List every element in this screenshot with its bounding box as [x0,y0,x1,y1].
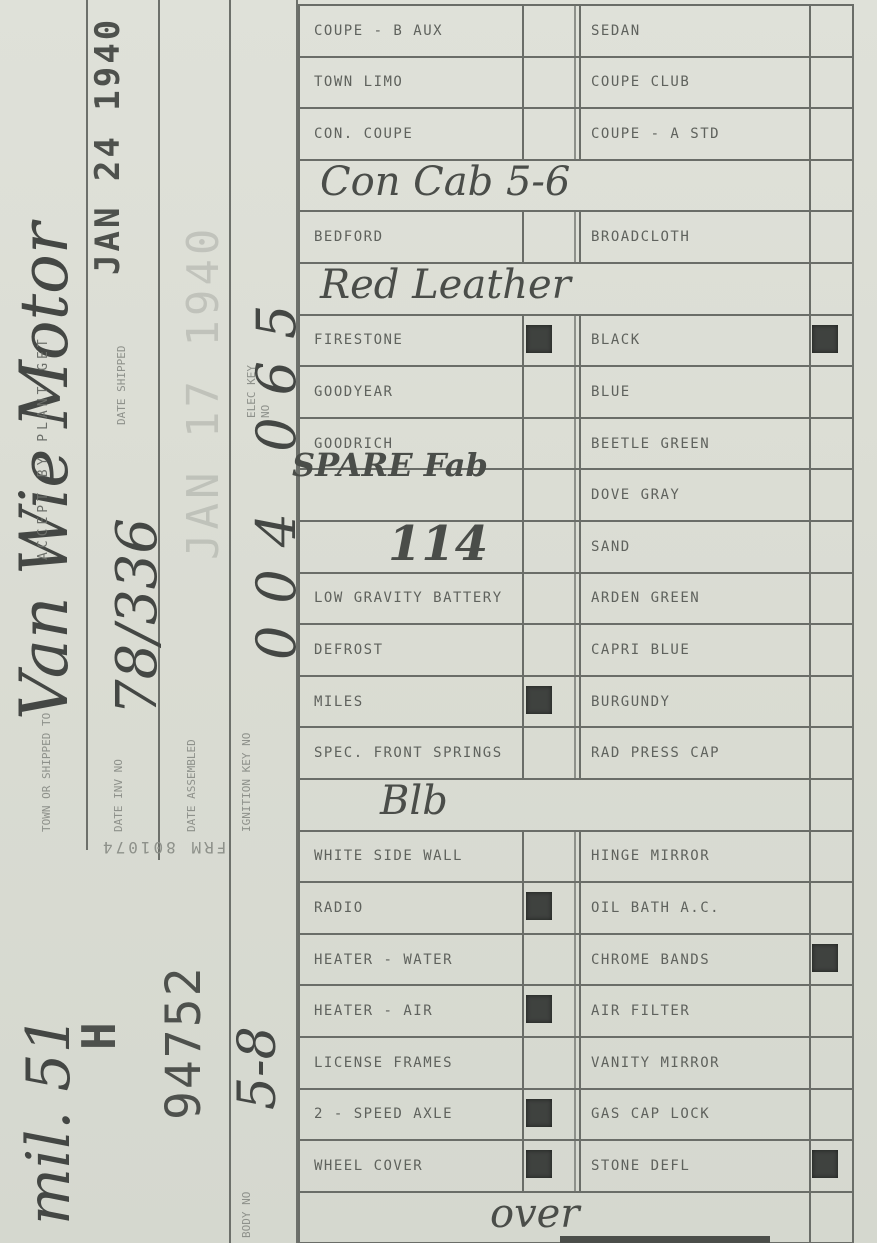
option-label-left: 2 - SPEED AXLE [298,1090,522,1140]
checkbox-right[interactable] [809,58,854,108]
checkbox-right[interactable] [809,367,854,417]
checklist-row: CON. COUPECOUPE - A STD [298,107,854,159]
option-label-left: HEATER - AIR [298,986,522,1036]
option-label-left: FIRESTONE [298,316,522,366]
checkbox-right[interactable] [809,832,854,882]
checklist-row: WHITE SIDE WALLHINGE MIRROR [298,830,854,882]
checkbox-right[interactable] [809,1193,854,1243]
checkbox-left[interactable] [522,212,579,262]
option-label-left: DEFROST [298,625,522,675]
date-shipped-label: DATE SHIPPED [115,335,129,425]
checklist-row: Red Leather [298,262,854,314]
checkbox-right[interactable] [809,677,854,727]
check-mark-icon [812,1150,838,1178]
option-label-left: SPEC. FRONT SPRINGS [298,728,522,778]
checkbox-left[interactable] [522,574,579,624]
checkbox-right[interactable] [809,780,854,830]
checkbox-left[interactable] [522,728,579,778]
option-label-right: BLUE [579,367,809,417]
checklist-row: Con Cab 5-6 [298,159,854,211]
checkbox-right[interactable] [809,212,854,262]
checkbox-right[interactable] [809,986,854,1036]
checklist-row: Blb [298,778,854,830]
paint-handwritten: 5-8 [228,1026,288,1110]
checklist-row: COUPE - B AUXSEDAN [298,4,854,56]
option-label-left: LOW GRAVITY BATTERY [298,574,522,624]
handwritten-entry: over [490,1191,579,1237]
check-mark-icon [526,686,552,714]
dealer-label: ACCEPT BY PLANT GET [36,335,51,560]
checkbox-left[interactable] [522,6,579,56]
check-mark-icon [812,325,838,353]
checkbox-left[interactable] [522,1038,579,1088]
option-label-right: OIL BATH A.C. [579,883,809,933]
checkbox-left[interactable] [522,109,579,159]
checklist-row: WHEEL COVERSTONE DEFL [298,1139,854,1191]
checklist-row: LOW GRAVITY BATTERYARDEN GREEN [298,572,854,624]
option-label-left: RADIO [298,883,522,933]
body-no-label: BODY NO [240,1188,254,1238]
handwritten-field: over [298,1193,809,1243]
checkbox-left[interactable] [522,832,579,882]
option-label-left: WHEEL COVER [298,1141,522,1191]
checklist-row: GOODYEARBLUE [298,365,854,417]
checklist-row: 2 - SPEED AXLEGAS CAP LOCK [298,1088,854,1140]
option-label-left: GOODYEAR [298,367,522,417]
option-label-left: MILES [298,677,522,727]
option-label-left: BEDFORD [298,212,522,262]
option-label-right: AIR FILTER [579,986,809,1036]
card-tab [560,1236,770,1243]
check-mark-icon [526,1150,552,1178]
checkbox-right[interactable] [809,109,854,159]
checklist-row: DOVE GRAYSPARE Fab [298,468,854,520]
checkbox-right[interactable] [809,264,854,314]
option-label-right: BLACK [579,316,809,366]
checkbox-left[interactable] [522,625,579,675]
option-label-left: LICENSE FRAMES [298,1038,522,1088]
option-label-left: HEATER - WATER [298,935,522,985]
checklist-row: MILESBURGUNDY [298,675,854,727]
option-label-right: HINGE MIRROR [579,832,809,882]
ignition-key-label: IGNITION KEY NO [240,732,254,832]
option-label-left: CON. COUPE [298,109,522,159]
checklist-row: over [298,1191,854,1243]
option-label-right: CAPRI BLUE [579,625,809,675]
checkbox-left[interactable] [522,522,579,572]
option-label-right: GAS CAP LOCK [579,1090,809,1140]
checklist-row: TOWN LIMOCOUPE CLUB [298,56,854,108]
handwritten-overwrite: SPARE Fab [292,446,488,484]
checkbox-right[interactable] [809,6,854,56]
option-label-right: SAND [579,522,809,572]
option-label-right: COUPE - A STD [579,109,809,159]
checklist-row: FIRESTONEBLACK [298,314,854,366]
serial-number: 94752 [156,966,212,1121]
option-label-right: BEETLE GREEN [579,419,809,469]
option-label-right: SEDAN [579,6,809,56]
checkbox-right[interactable] [809,522,854,572]
faint-date-stamp: JAN 17 1940 [178,225,229,560]
checklist-row: LICENSE FRAMESVANITY MIRROR [298,1036,854,1088]
check-mark-icon [526,892,552,920]
stub-rule-2 [158,0,160,860]
checklist-row: SPEC. FRONT SPRINGSRAD PRESS CAP [298,726,854,778]
check-mark-icon [812,944,838,972]
handwritten-overwrite: 114 [388,516,488,572]
option-label-right: CHROME BANDS [579,935,809,985]
checkbox-left[interactable] [522,419,579,469]
checkbox-left[interactable] [522,58,579,108]
check-mark-icon [526,1099,552,1127]
bottom-handwritten: mil. 51 [14,1015,84,1225]
option-label-left: TOWN LIMO [298,58,522,108]
option-label-left: WHITE SIDE WALL [298,832,522,882]
form-number: FRM 801074 [100,838,226,857]
option-label-right: RAD PRESS CAP [579,728,809,778]
checklist-row: HEATER - WATERCHROME BANDS [298,933,854,985]
checklist-row: BEDFORDBROADCLOTH [298,210,854,262]
checkbox-right[interactable] [809,1038,854,1088]
checkbox-right[interactable] [809,161,854,211]
checkbox-right[interactable] [809,419,854,469]
car-number-handwritten: 78/336 [105,518,170,715]
checkbox-left[interactable] [522,935,579,985]
option-label-right: DOVE GRAY [579,470,809,520]
checkbox-right[interactable] [809,883,854,933]
checklist-row: RADIOOIL BATH A.C. [298,881,854,933]
checkbox-right[interactable] [809,470,854,520]
checkbox-left[interactable] [522,470,579,520]
handwritten-entry: Red Leather [320,262,571,308]
check-mark-icon [526,325,552,353]
handwritten-field: Con Cab 5-6 [298,161,809,211]
option-label-right: ARDEN GREEN [579,574,809,624]
date-inv-label: DATE INV NO [112,742,126,832]
checkbox-right[interactable] [809,625,854,675]
handwritten-field: Red Leather [298,264,809,314]
checkbox-right[interactable] [809,574,854,624]
handwritten-entry: Blb [380,778,448,824]
option-label-right: VANITY MIRROR [579,1038,809,1088]
handwritten-entry: Con Cab 5-6 [320,159,570,205]
checkbox-right[interactable] [809,728,854,778]
checkbox-left[interactable] [522,367,579,417]
date-stamp: JAN 24 1940 [88,17,128,275]
option-label-right: STONE DEFL [579,1141,809,1191]
handwritten-field: Blb [298,780,809,830]
option-label-right: COUPE CLUB [579,58,809,108]
checklist-row: DEFROSTCAPRI BLUE [298,623,854,675]
checklist-row: SAND114 [298,520,854,572]
town-shipped-label: TOWN OR SHIPPED TO [40,712,54,832]
checklist-row: HEATER - AIRAIR FILTER [298,984,854,1036]
checkbox-right[interactable] [809,1090,854,1140]
date-assembled-label: DATE ASSEMBLED [185,722,199,832]
option-label-right: BROADCLOTH [579,212,809,262]
check-mark-icon [526,995,552,1023]
option-label-right: BURGUNDY [579,677,809,727]
option-label-left: COUPE - B AUX [298,6,522,56]
